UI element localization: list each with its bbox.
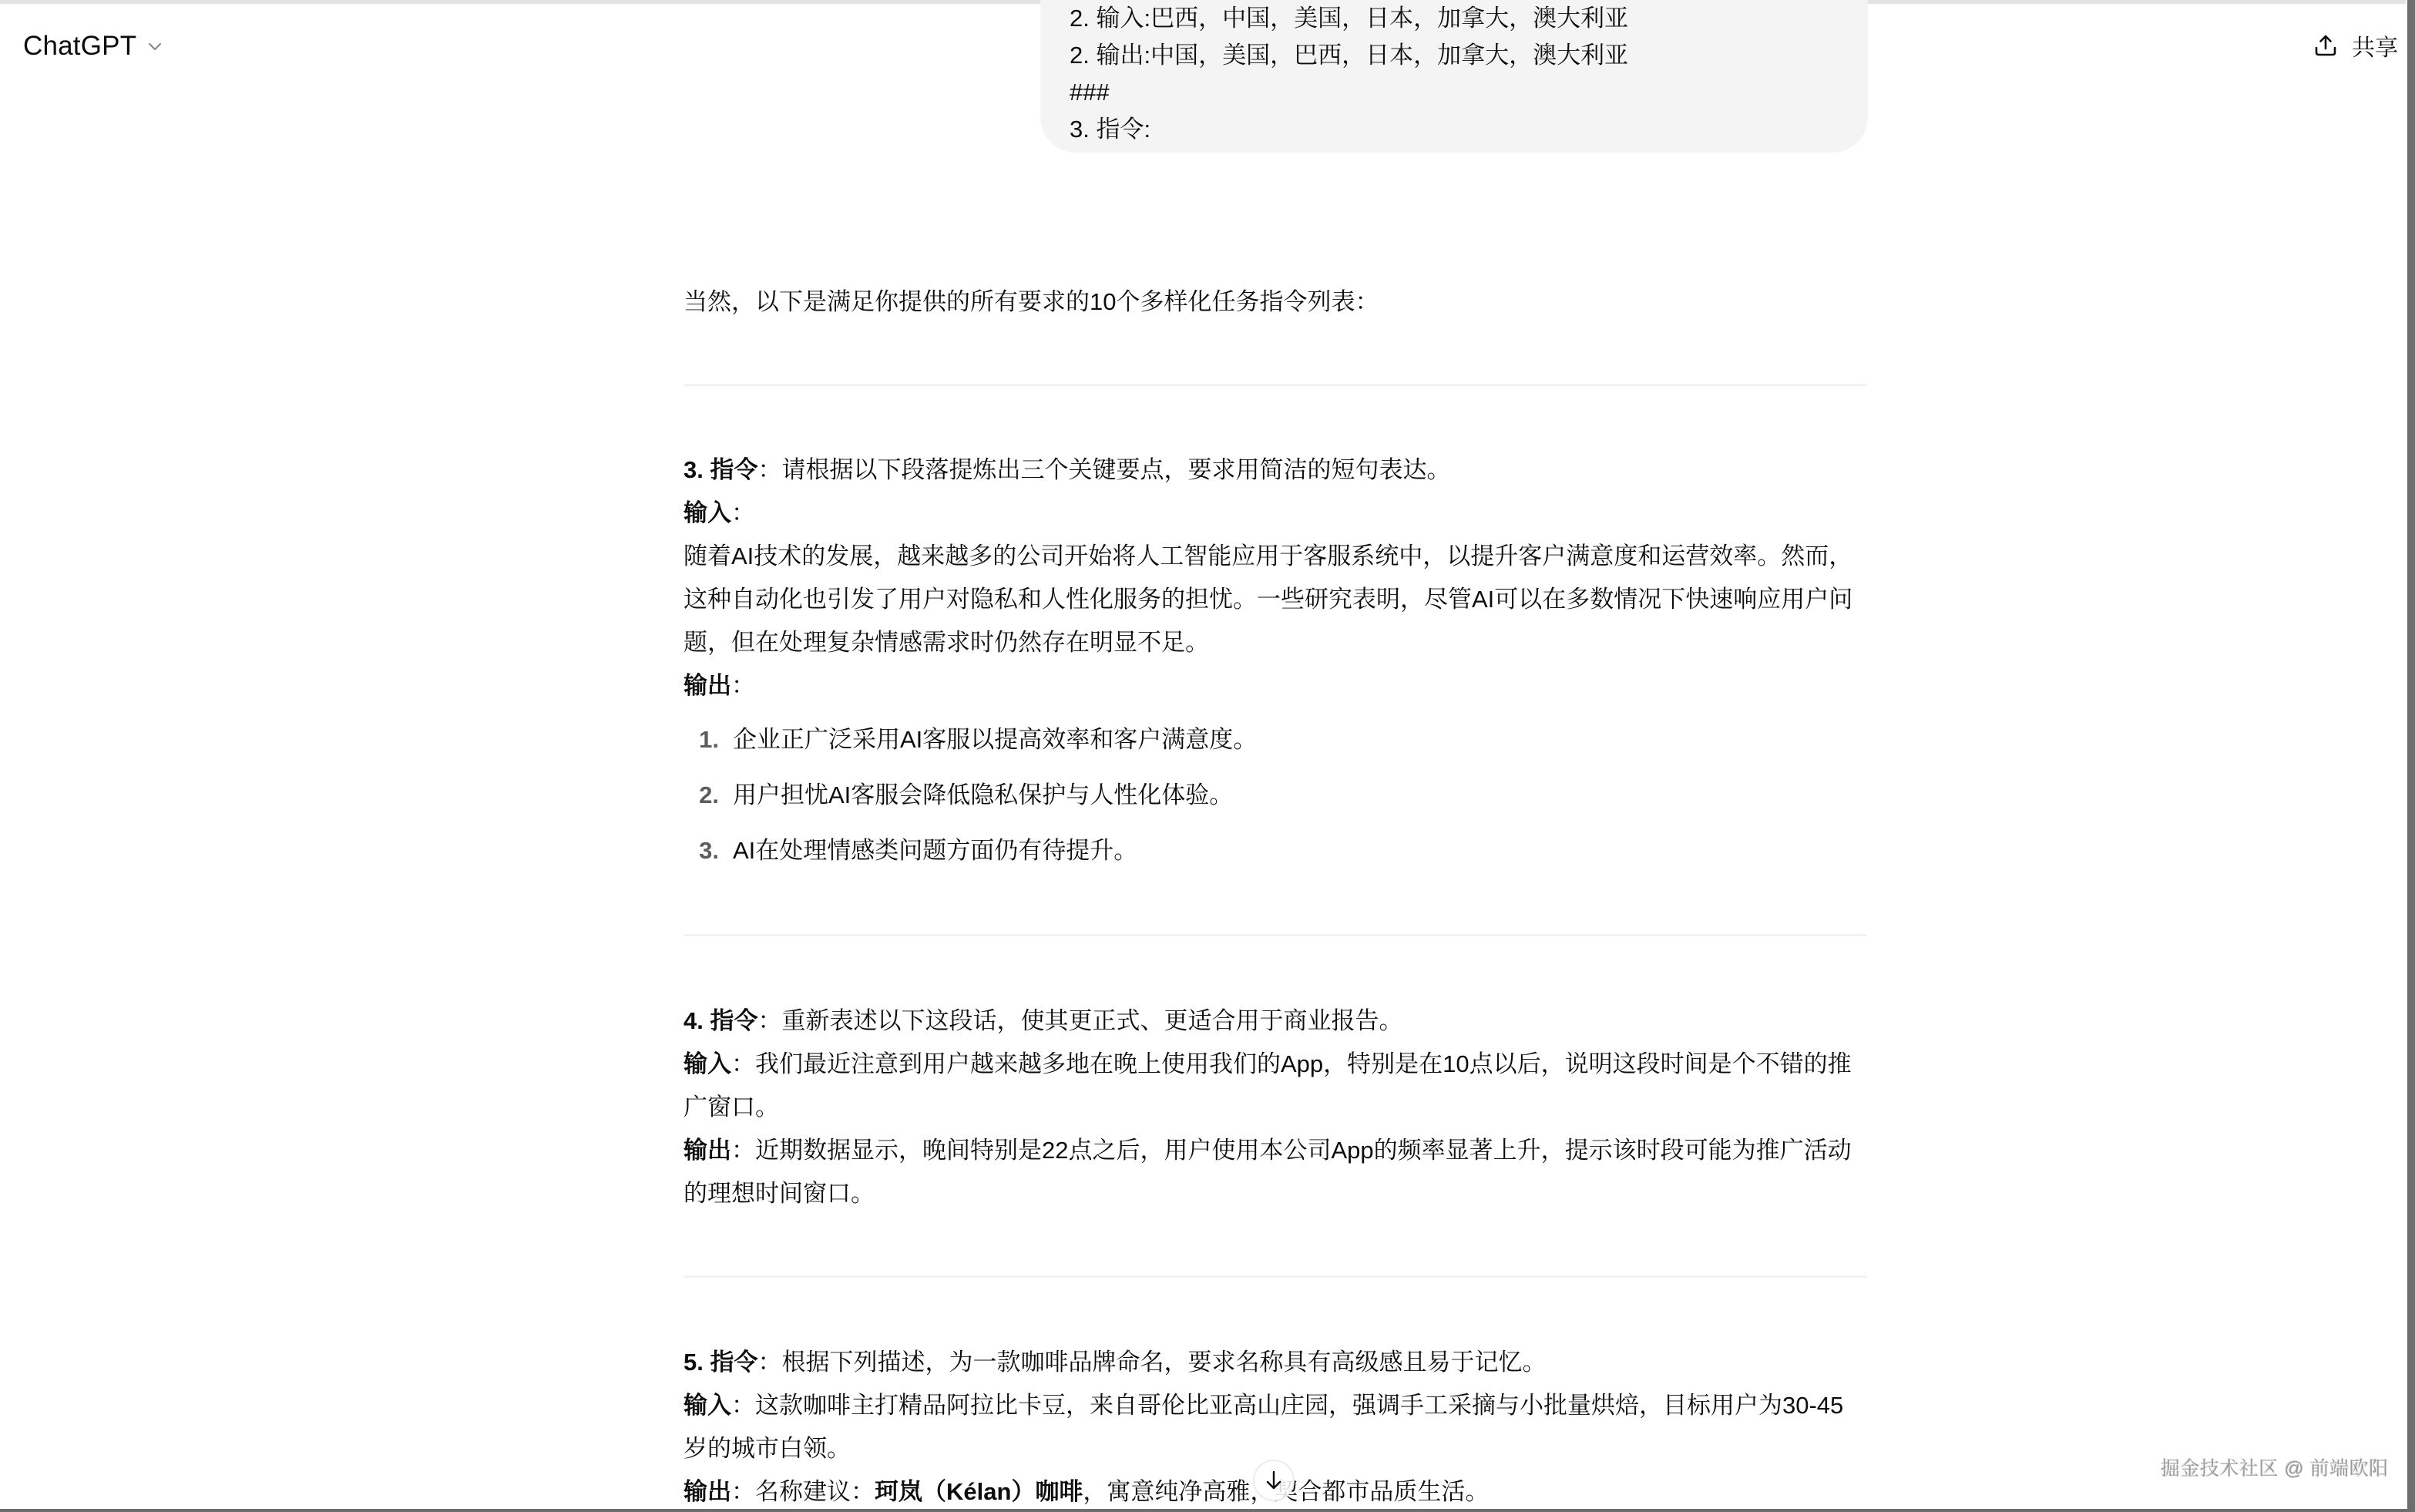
list-marker: 3.	[684, 829, 733, 872]
input-sep: ：	[731, 499, 755, 526]
input-text: ：这款咖啡主打精品阿拉比卡豆，来自哥伦比亚高山庄园，强调手工采摘与小批量烘焙，目…	[684, 1392, 1843, 1462]
list-item: 3. AI在处理情感类问题方面仍有待提升。	[684, 829, 1867, 872]
list-item: 2. 用户担忧AI客服会降低隐私保护与人性化体验。	[684, 774, 1867, 817]
task-input: 输入：这款咖啡主打精品阿拉比卡豆，来自哥伦比亚高山庄园，强调手工采摘与小批量烘焙…	[684, 1384, 1867, 1470]
output-label: 输出	[684, 1137, 731, 1164]
instruction-text: ：根据下列描述，为一款咖啡品牌命名，要求名称具有高级感且易于记忆。	[757, 1349, 1546, 1376]
arrow-down-icon	[1262, 1469, 1285, 1492]
task-4: 4. 指令：重新表述以下这段话，使其更正式、更适合用于商业报告。 输入：我们最近…	[684, 1000, 1867, 1215]
instruction-text: ：重新表述以下这段话，使其更正式、更适合用于商业报告。	[757, 1007, 1402, 1034]
task-instruction: 3. 指令：请根据以下段落提炼出三个关键要点，要求用简洁的短句表达。	[684, 449, 1867, 492]
task-instruction: 5. 指令：根据下列描述，为一款咖啡品牌命名，要求名称具有高级感且易于记忆。	[684, 1341, 1867, 1384]
instruction-text: ：请根据以下段落提炼出三个关键要点，要求用简洁的短句表达。	[757, 456, 1450, 483]
brand-name: 珂岚（Kélan）咖啡	[875, 1478, 1083, 1505]
user-message-line: 2. 输入:巴西，中国，美国，日本，加拿大，澳大利亚	[1070, 0, 1837, 37]
task-input-text: 随着AI技术的发展，越来越多的公司开始将人工智能应用于客服系统中，以提升客户满意…	[684, 535, 1867, 664]
output-sep: ：	[731, 672, 755, 699]
scroll-to-bottom-button[interactable]	[1253, 1460, 1295, 1501]
task-output: 输出：近期数据显示，晚间特别是22点之后，用户使用本公司App的频率显著上升，提…	[684, 1129, 1867, 1215]
task-3: 3. 指令：请根据以下段落提炼出三个关键要点，要求用简洁的短句表达。 输入： 随…	[684, 449, 1867, 885]
output-prefix: ：名称建议：	[731, 1478, 875, 1505]
assistant-intro: 当然，以下是满足你提供的所有要求的10个多样化任务指令列表：	[684, 281, 1867, 324]
task-instruction: 4. 指令：重新表述以下这段话，使其更正式、更适合用于商业报告。	[684, 1000, 1867, 1043]
share-label: 共享	[2352, 29, 2398, 62]
instruction-label: 5. 指令	[684, 1349, 757, 1376]
user-message-line: ###	[1070, 74, 1837, 111]
chevron-down-icon	[146, 37, 164, 55]
output-label: 输出	[684, 1478, 731, 1505]
input-label: 输入	[684, 1392, 731, 1419]
task-input: 输入：我们最近注意到用户越来越多地在晚上使用我们的App，特别是在10点以后，说…	[684, 1043, 1867, 1129]
list-text: 用户担忧AI客服会降低隐私保护与人性化体验。	[733, 774, 1233, 817]
output-text: ：近期数据显示，晚间特别是22点之后，用户使用本公司App的频率显著上升，提示该…	[684, 1137, 1852, 1207]
user-message-line: 3. 指令:	[1070, 111, 1837, 148]
list-item: 1. 企业正广泛采用AI客服以提高效率和客户满意度。	[684, 718, 1867, 761]
share-upload-icon	[2313, 33, 2338, 58]
watermark: 掘金技术社区 @ 前端欧阳	[2161, 1453, 2389, 1481]
window-edge-bottom	[0, 1509, 2415, 1512]
input-label: 输入	[684, 499, 731, 526]
task-input-label: 输入：	[684, 492, 1867, 535]
list-marker: 1.	[684, 718, 733, 761]
instruction-label: 3. 指令	[684, 456, 757, 483]
list-text: AI在处理情感类问题方面仍有待提升。	[733, 829, 1137, 872]
list-marker: 2.	[684, 774, 733, 817]
input-label: 输入	[684, 1050, 731, 1077]
divider	[684, 384, 1867, 386]
task-output-label: 输出：	[684, 664, 1867, 707]
divider	[684, 1275, 1867, 1278]
list-text: 企业正广泛采用AI客服以提高效率和客户满意度。	[733, 718, 1257, 761]
output-label: 输出	[684, 672, 731, 699]
window-edge-right	[2407, 0, 2415, 1512]
divider	[684, 934, 1867, 936]
output-list: 1. 企业正广泛采用AI客服以提高效率和客户满意度。 2. 用户担忧AI客服会降…	[684, 718, 1867, 872]
share-button[interactable]: 共享	[2313, 26, 2398, 65]
user-message-bubble: 2. 输入:巴西，中国，美国，日本，加拿大，澳大利亚 2. 输出:中国，美国，巴…	[1040, 0, 1868, 153]
instruction-label: 4. 指令	[684, 1007, 757, 1034]
input-text: ：我们最近注意到用户越来越多地在晚上使用我们的App，特别是在10点以后，说明这…	[684, 1050, 1852, 1121]
user-message-line: 2. 输出:中国，美国，巴西，日本，加拿大，澳大利亚	[1070, 37, 1837, 74]
intro-text: 当然，以下是满足你提供的所有要求的10个多样化任务指令列表：	[684, 281, 1867, 324]
model-name: ChatGPT	[23, 31, 136, 62]
chat-window: ChatGPT 共享 2. 输入:巴西，中国，美国，日本，加拿大，澳大利亚 2.…	[0, 0, 2415, 1512]
model-switcher[interactable]: ChatGPT	[23, 25, 164, 68]
